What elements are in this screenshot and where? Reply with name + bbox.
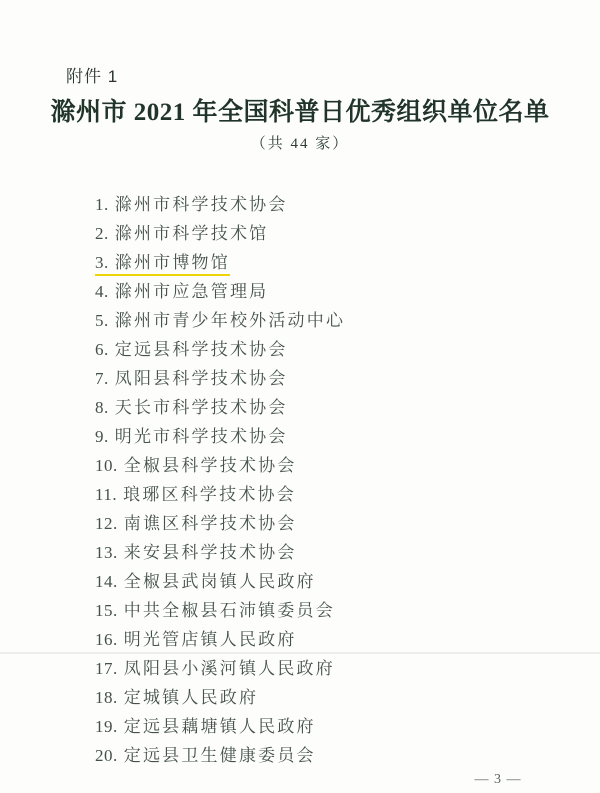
list-item: 2.滁州市科学技术馆 [95,219,345,248]
list-item-text: 4.滁州市应急管理局 [95,277,268,305]
item-name: 天长市科学技术协会 [115,398,288,417]
item-number: 10. [95,456,118,475]
item-number: 12. [95,514,118,533]
item-number: 14. [95,572,118,591]
item-name: 明光管店镇人民政府 [124,630,297,649]
item-name: 中共全椒县石沛镇委员会 [124,601,335,620]
list-item: 12.南谯区科学技术协会 [95,509,345,538]
item-name: 滁州市青少年校外活动中心 [115,311,345,330]
item-number: 19. [95,717,118,736]
list-item: 17.凤阳县小溪河镇人民政府 [95,654,345,683]
list-item-text: 17.凤阳县小溪河镇人民政府 [95,654,335,682]
item-name: 定远县科学技术协会 [115,340,288,359]
list-item: 8.天长市科学技术协会 [95,393,345,422]
list-item: 14.全椒县武岗镇人民政府 [95,567,345,596]
item-number: 17. [95,659,118,678]
item-name: 滁州市博物馆 [115,253,230,272]
item-name: 凤阳县小溪河镇人民政府 [124,659,335,678]
item-name: 南谯区科学技术协会 [124,514,297,533]
item-number: 2. [95,224,109,243]
item-name: 定远县藕塘镇人民政府 [124,717,316,736]
list-item-text: 2.滁州市科学技术馆 [95,219,268,247]
item-number: 7. [95,369,109,388]
item-number: 20. [95,746,118,765]
item-name: 明光市科学技术协会 [115,427,288,446]
list-item: 3.滁州市博物馆 [95,248,345,277]
item-name: 定城镇人民政府 [124,688,258,707]
list-item: 6.定远县科学技术协会 [95,335,345,364]
item-number: 18. [95,688,118,707]
item-number: 13. [95,543,118,562]
item-name: 琅琊区科学技术协会 [123,485,296,504]
list-item-text: 20.定远县卫生健康委员会 [95,741,316,769]
item-name: 滁州市科学技术协会 [115,195,288,214]
item-number: 6. [95,340,109,359]
list-item: 4.滁州市应急管理局 [95,277,345,306]
list-item-text: 18.定城镇人民政府 [95,683,258,711]
item-number: 5. [95,311,109,330]
list-item: 5.滁州市青少年校外活动中心 [95,306,345,335]
list-item-text: 13.来安县科学技术协会 [95,538,297,566]
item-number: 4. [95,282,109,301]
document-page: 附件 1 滁州市 2021 年全国科普日优秀组织单位名单 （共 44 家） 1.… [0,0,600,793]
list-item: 10.全椒县科学技术协会 [95,451,345,480]
list-item-text: 9.明光市科学技术协会 [95,422,288,450]
list-item-text: 19.定远县藕塘镇人民政府 [95,712,316,740]
item-name: 全椒县武岗镇人民政府 [124,572,316,591]
item-number: 15. [95,601,118,620]
list-item-text: 10.全椒县科学技术协会 [95,451,297,479]
list-item-text: 1.滁州市科学技术协会 [95,190,288,218]
list-item-text: 3.滁州市博物馆 [95,248,230,276]
list-item-text: 16.明光管店镇人民政府 [95,625,297,653]
list-item: 11.琅琊区科学技术协会 [95,480,345,509]
page-number: — 3 — [458,772,538,788]
list-item: 18.定城镇人民政府 [95,683,345,712]
attachment-label: 附件 1 [66,62,118,87]
item-number: 8. [95,398,109,417]
list-item: 9.明光市科学技术协会 [95,422,345,451]
item-number: 3. [95,253,109,272]
item-number: 9. [95,427,109,446]
list-item-text: 7.凤阳县科学技术协会 [95,364,288,392]
item-number: 16. [95,630,118,649]
list-item-text: 14.全椒县武岗镇人民政府 [95,567,316,595]
list-item: 1.滁州市科学技术协会 [95,190,345,219]
list-item: 15.中共全椒县石沛镇委员会 [95,596,345,625]
item-name: 定远县卫生健康委员会 [124,746,316,765]
item-number: 1. [95,195,109,214]
item-name: 滁州市科学技术馆 [115,224,269,243]
item-name: 凤阳县科学技术协会 [115,369,288,388]
scan-artifact-line [0,652,600,654]
list-item-text: 8.天长市科学技术协会 [95,393,288,421]
list-item: 20.定远县卫生健康委员会 [95,741,345,770]
item-name: 滁州市应急管理局 [115,282,269,301]
organization-list: 1.滁州市科学技术协会 2.滁州市科学技术馆 3.滁州市博物馆 4.滁州市应急管… [95,190,345,770]
list-item: 13.来安县科学技术协会 [95,538,345,567]
item-name: 全椒县科学技术协会 [124,456,297,475]
list-item-text: 11.琅琊区科学技术协会 [95,480,296,508]
item-number: 11. [95,485,117,504]
list-item-text: 6.定远县科学技术协会 [95,335,288,363]
list-item: 19.定远县藕塘镇人民政府 [95,712,345,741]
item-name: 来安县科学技术协会 [124,543,297,562]
doc-subtitle: （共 44 家） [0,132,600,153]
doc-title: 滁州市 2021 年全国科普日优秀组织单位名单 [0,92,600,128]
list-item-text: 5.滁州市青少年校外活动中心 [95,306,345,334]
list-item-text: 12.南谯区科学技术协会 [95,509,297,537]
list-item: 16.明光管店镇人民政府 [95,625,345,654]
list-item-text: 15.中共全椒县石沛镇委员会 [95,596,335,624]
list-item: 7.凤阳县科学技术协会 [95,364,345,393]
